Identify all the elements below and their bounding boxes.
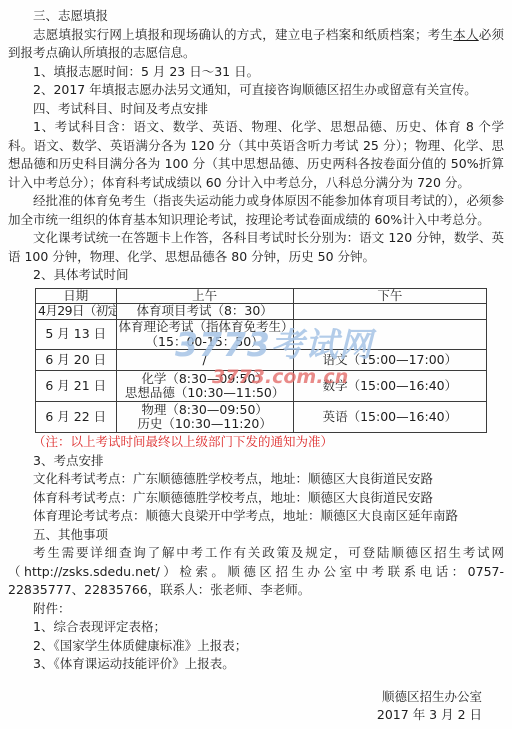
row-date: 6 月 22 日 xyxy=(36,402,117,433)
table-row: 6 月 20 日 / 语文（15:00—17:00） xyxy=(36,350,487,371)
attachment-item-1: 1、综合表现评定表格； xyxy=(8,618,504,637)
signature-block: 顺德区招生办公室 2017 年 3 月 2 日 xyxy=(8,688,504,725)
venues-label: 3、考点安排 xyxy=(8,452,504,471)
volunteer-time-item: 1、填报志愿时间：5 月 23 日～31 日。 xyxy=(8,63,504,82)
underlined-benren: 本人 xyxy=(453,27,478,42)
section4-heading: 四、考试科目、时间及考点安排 xyxy=(8,100,504,119)
header-afternoon: 下午 xyxy=(293,288,486,304)
signature-org: 顺德区招生办公室 xyxy=(8,688,482,707)
row-afternoon xyxy=(293,304,486,320)
table-row: 6 月 22 日 物理（8:30—09:50） 历史（10:30—11:20） … xyxy=(36,402,487,433)
row-afternoon: 数学（15:00—16:40） xyxy=(293,371,486,402)
subjects-paragraph: 1、考试科目含：语文、数学、英语、物理、化学、思想品德、历史、体育 8 个学科。… xyxy=(8,118,504,192)
row-morning: 体育理论考试（指体育免考生） （15：00-15：50） xyxy=(116,320,293,350)
table-row: 6 月 21 日 化学（8:30—09:50） 思想品德（10:30—11:50… xyxy=(36,371,487,402)
pe-exempt-paragraph: 经批准的体育免考生（指丧失运动能力或身体原因不能参加体育项目考试的），必须参加全… xyxy=(8,192,504,229)
header-date: 日期 xyxy=(36,288,117,304)
row-date: 4月29日（初定） xyxy=(36,304,117,320)
attachment-item-3: 3、《体育课运动技能评价》上报表。 xyxy=(8,655,504,674)
row-morning: 化学（8:30—09:50） 思想品德（10:30—11:50） xyxy=(116,371,293,402)
row-morning: / xyxy=(116,350,293,371)
culture-exam-paragraph: 文化课考试统一在答题卡上作答，各科目考试时长分别为：语文 120 分钟，数学、英… xyxy=(8,229,504,266)
row-morning: 物理（8:30—09:50） 历史（10:30—11:20） xyxy=(116,402,293,433)
attachments-label: 附件： xyxy=(8,600,504,619)
venue-culture: 文化科考试考点：广东顺德德胜学校考点，地址：顺德区大良街道民安路 xyxy=(8,470,504,489)
row-afternoon xyxy=(293,320,486,350)
document-page: 三、志愿填报 志愿填报实行网上填报和现场确认的方式，建立电子档案和纸质档案；考生… xyxy=(0,0,512,729)
row-afternoon: 英语（15:00—16:40） xyxy=(293,402,486,433)
venue-pe: 体育科考试考点：广东顺德德胜学校考点，地址：顺德区大良街道民安路 xyxy=(8,489,504,508)
volunteer-text-before: 志愿填报实行网上填报和现场确认的方式，建立电子档案和纸质档案；考生 xyxy=(33,27,453,42)
row-date: 5 月 13 日 xyxy=(36,320,117,350)
signature-date: 2017 年 3 月 2 日 xyxy=(8,706,482,725)
volunteer-method-item: 2、2017 年填报志愿办法另文通知，可直接咨询顺德区招生办或留意有关宣传。 xyxy=(8,81,504,100)
table-row: 4月29日（初定） 体育项目考试（8：30） xyxy=(36,304,487,320)
row-morning: 体育项目考试（8：30） xyxy=(116,304,293,320)
section3-heading: 三、志愿填报 xyxy=(8,7,504,26)
schedule-label: 2、具体考试时间 xyxy=(8,266,504,285)
other-info-paragraph: 考生需要详细查询了解中考工作有关政策及规定，可登陆顺德区招生考试网（http:/… xyxy=(8,544,504,600)
volunteer-paragraph: 志愿填报实行网上填报和现场确认的方式，建立电子档案和纸质档案；考生本人必须到报考… xyxy=(8,26,504,63)
attachment-item-2: 2、《国家学生体质健康标准》上报表； xyxy=(8,637,504,656)
table-row: 5 月 13 日 体育理论考试（指体育免考生） （15：00-15：50） xyxy=(36,320,487,350)
venue-pe-theory: 体育理论考试考点：顺德大良梁开中学考点，地址：顺德区大良南区延年南路 xyxy=(8,507,504,526)
table-header-row: 日期 上午 下午 xyxy=(36,288,487,304)
exam-schedule-table: 日期 上午 下午 4月29日（初定） 体育项目考试（8：30） 5 月 13 日… xyxy=(35,288,487,434)
header-morning: 上午 xyxy=(116,288,293,304)
row-date: 6 月 21 日 xyxy=(36,371,117,402)
schedule-note: （注：以上考试时间最终以上级部门下发的通知为准） xyxy=(8,433,504,452)
row-date: 6 月 20 日 xyxy=(36,350,117,371)
row-afternoon: 语文（15:00—17:00） xyxy=(293,350,486,371)
section5-heading: 五、其他事项 xyxy=(8,526,504,545)
